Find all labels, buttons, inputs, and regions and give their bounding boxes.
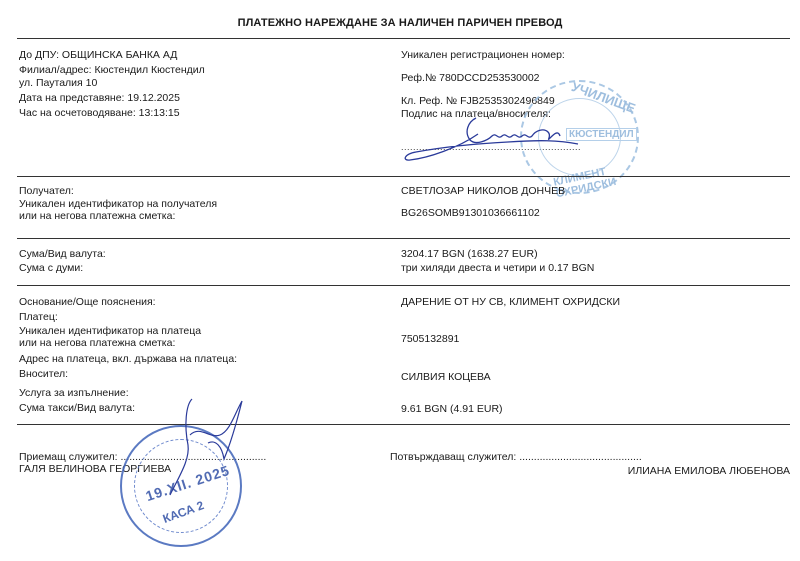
reference-number: Реф.№ 780DCCD253530002 — [401, 72, 540, 84]
stamp-text-top: УЧИЛИЩЕ — [569, 79, 637, 116]
amount-words-label: Сума с думи: — [19, 262, 83, 274]
service-label: Услуга за изпълнение: — [19, 387, 129, 399]
divider — [395, 176, 790, 177]
fees-label: Сума такси/Вид валута: — [19, 402, 135, 414]
document-title: ПЛАТЕЖНО НАРЕЖДАНЕ ЗА НАЛИЧЕН ПАРИЧЕН ПР… — [0, 17, 800, 29]
payer-id-value: 7505132891 — [401, 333, 459, 345]
registration-number-label: Уникален регистрационен номер: — [401, 49, 565, 61]
bank-name: До ДПУ: ОБЩИНСКА БАНКА АД — [19, 49, 177, 61]
recipient-iban: BG26SOMB91301036661102 — [401, 207, 540, 219]
signature-line: ........................................… — [401, 141, 581, 153]
receiving-officer-name: ГАЛЯ ВЕЛИНОВА ГЕОРГИЕВА — [19, 463, 171, 475]
signature-label: Подлис на платеца/вносителя: — [401, 108, 551, 120]
divider — [395, 424, 790, 425]
stamp-desk: КАСА 2 — [161, 498, 206, 526]
divider — [395, 238, 790, 239]
reason-value: ДАРЕНИЕ ОТ НУ СВ, КЛИМЕНТ ОХРИДСКИ — [401, 296, 620, 308]
confirming-officer-name: ИЛИАНА ЕМИЛОВА ЛЮБЕНОВА — [628, 465, 790, 477]
payer-id-label: Уникален идентификатор на платеца — [19, 325, 201, 337]
submission-date: Дата на представяне: 19.12.2025 — [19, 92, 180, 104]
payer-account-label: или на негова платежна сметка: — [19, 337, 175, 349]
officer-signature-icon — [150, 395, 260, 505]
divider — [17, 238, 395, 239]
amount-label: Сума/Вид валута: — [19, 248, 106, 260]
receiving-officer-label: Приемащ служител: ......................… — [19, 451, 266, 463]
stamp-text-middle: КЮСТЕНДИЛ — [566, 128, 637, 141]
bank-stamp: 19.XII. 2025 КАСА 2 — [120, 425, 242, 547]
posting-time: Час на осчетоводяване: 13:13:15 — [19, 107, 180, 119]
recipient-account-label: или на негова платежна сметка: — [19, 210, 175, 222]
recipient-id-label: Уникален идентификатор на получателя — [19, 198, 217, 210]
branch-address: Филиал/адрес: Кюстендил Кюстендил — [19, 64, 205, 76]
stamp-text-bottom: КЛИМЕНТ ОХРИДСКИ — [552, 160, 638, 201]
payer-address-label: Адрес на платеца, вкл. държава на платец… — [19, 353, 237, 365]
divider — [17, 424, 395, 425]
depositor-value: СИЛВИЯ КОЦЕВА — [401, 371, 491, 383]
amount-words: три хиляди двеста и четири и 0.17 BGN — [401, 262, 594, 274]
divider — [395, 285, 790, 286]
confirming-officer-label: Потвърждаващ служител: .................… — [390, 451, 642, 463]
divider — [17, 285, 395, 286]
recipient-name: СВЕТЛОЗАР НИКОЛОВ ДОНЧЕВ — [401, 185, 565, 197]
divider — [395, 38, 790, 39]
amount-value: 3204.17 BGN (1638.27 EUR) — [401, 248, 538, 260]
branch-street: ул. Пауталия 10 — [19, 77, 97, 89]
depositor-label: Вносител: — [19, 368, 68, 380]
payer-label: Платец: — [19, 311, 58, 323]
client-reference: Кл. Реф. № FJB2535302496849 — [401, 95, 555, 107]
fees-value: 9.61 BGN (4.91 EUR) — [401, 403, 503, 415]
recipient-label: Получател: — [19, 185, 74, 197]
divider — [17, 176, 395, 177]
divider — [17, 38, 395, 39]
reason-label: Основание/Още пояснения: — [19, 296, 156, 308]
